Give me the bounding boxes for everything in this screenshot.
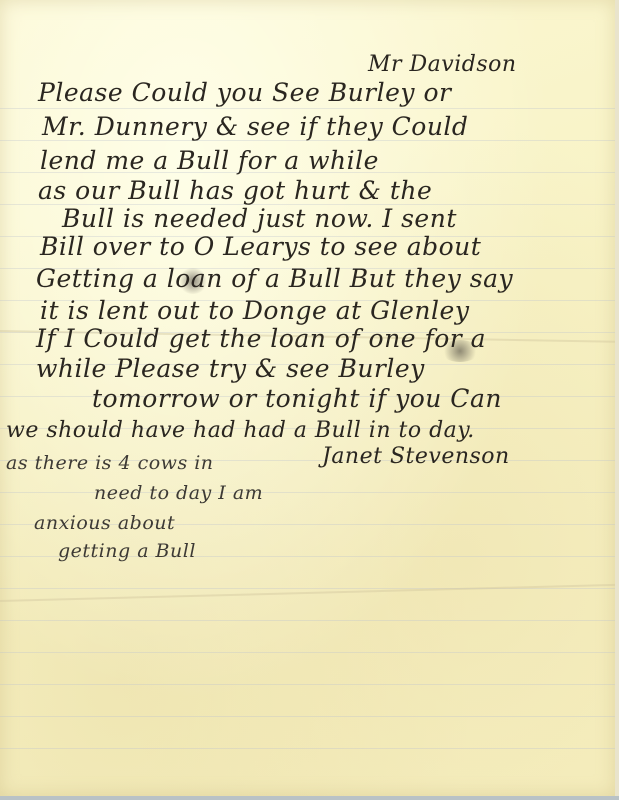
letter-line: Getting a loan of a Bull But they say	[36, 264, 513, 293]
postscript-line: need to day I am	[94, 482, 263, 504]
letter-page: Mr Davidson Please Could you See Burley …	[0, 0, 615, 796]
ruled-line	[0, 684, 615, 685]
letter-line: while Please try & see Burley	[36, 354, 425, 383]
signature: Janet Stevenson	[322, 444, 510, 469]
letter-line: lend me a Bull for a while	[40, 146, 379, 175]
ruled-line	[0, 492, 615, 493]
letter-line: Bull is needed just now. I sent	[62, 204, 457, 233]
scan-edge-bottom	[0, 796, 619, 800]
letter-line: Please Could you See Burley or	[38, 78, 452, 107]
letter-line: Mr. Dunnery & see if they Could	[42, 112, 468, 141]
letter-line: it is lent out to Donge at Glenley	[40, 296, 469, 325]
paper-crease	[0, 584, 615, 602]
postscript-line: anxious about	[34, 512, 175, 534]
postscript-line: getting a Bull	[58, 540, 196, 562]
letter-line: tomorrow or tonight if you Can	[92, 384, 502, 413]
letter-line: we should have had had a Bull in to day.	[6, 418, 475, 443]
letter-line: Bill over to O Learys to see about	[40, 232, 481, 261]
ruled-line	[0, 620, 615, 621]
addressee: Mr Davidson	[368, 52, 517, 77]
postscript-line: as there is 4 cows in	[6, 452, 214, 474]
ruled-line	[0, 108, 615, 109]
letter-line: as our Bull has got hurt & the	[38, 176, 432, 205]
ruled-line	[0, 748, 615, 749]
letter-line: If I Could get the loan of one for a	[36, 324, 486, 353]
ruled-line	[0, 652, 615, 653]
ruled-line	[0, 716, 615, 717]
